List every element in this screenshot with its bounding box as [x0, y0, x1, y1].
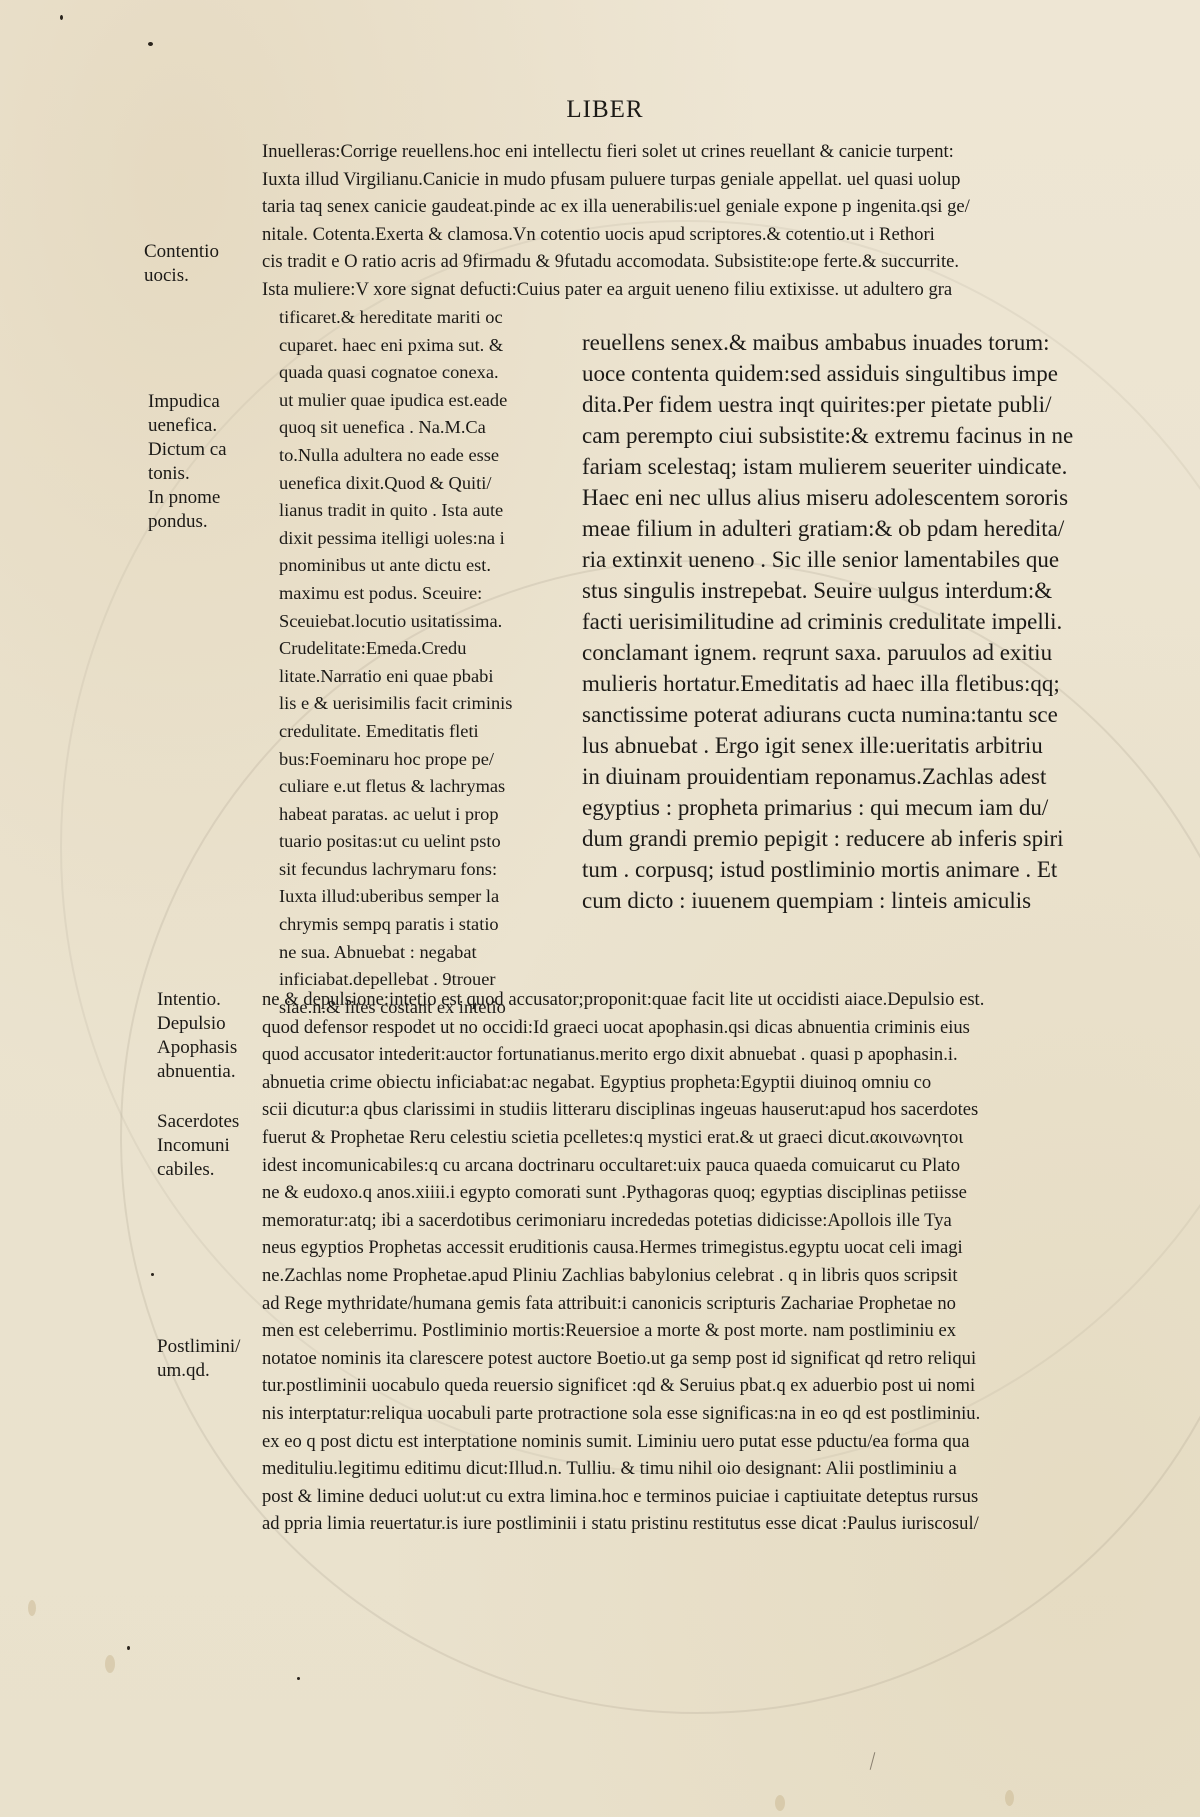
text-line: reuellens senex.& maibus ambabus inuades… — [582, 327, 1182, 358]
text-line: Inuelleras:Corrige reuellens.hoc eni int… — [262, 138, 1172, 166]
text-line: stus singulis instrepebat. Seuire uulgus… — [582, 575, 1182, 606]
commentary-top-block: Inuelleras:Corrige reuellens.hoc eni int… — [262, 138, 1172, 304]
ink-speck — [148, 42, 153, 46]
text-line: fuerut & Prophetae Reru celestiu scietia… — [262, 1124, 1172, 1152]
ink-speck — [297, 1677, 300, 1680]
marginal-gloss-impudica: Impudica uenefica. Dictum ca tonis. In p… — [148, 390, 227, 534]
gloss-line: Postlimini/ — [157, 1335, 240, 1359]
gloss-line: pondus. — [148, 510, 227, 534]
text-line: ne.Zachlas nome Prophetae.apud Pliniu Za… — [262, 1262, 1172, 1290]
text-line: cis tradit e O ratio acris ad 9firmadu &… — [262, 248, 1172, 276]
text-line: fariam scelestaq; istam mulierem seuerit… — [582, 451, 1182, 482]
text-line: quada quasi cognatoe conexa. — [279, 359, 559, 387]
gloss-line: uocis. — [144, 264, 219, 288]
foxing-stain — [1005, 1790, 1014, 1806]
text-line: medituliu.legitimu editimu dicut:Illud.n… — [262, 1455, 1172, 1483]
marginal-gloss-contentio: Contentio uocis. — [144, 240, 219, 288]
text-line: mulieris hortatur.Emeditatis ad haec ill… — [582, 668, 1182, 699]
ink-speck — [60, 15, 63, 20]
marginal-gloss-intentio: Intentio. Depulsio Apophasis abnuentia. — [157, 988, 237, 1084]
text-line: ria extinxit ueneno . Sic ille senior la… — [582, 544, 1182, 575]
text-line: lis e & uerisimilis facit criminis — [279, 690, 559, 718]
text-line: habeat paratas. ac uelut i prop — [279, 801, 559, 829]
text-line: quoq sit uenefica . Na.M.Ca — [279, 414, 559, 442]
text-line: egyptius : propheta primarius : qui mecu… — [582, 792, 1182, 823]
ink-speck — [151, 1273, 154, 1276]
text-line: uenefica dixit.Quod & Quiti/ — [279, 470, 559, 498]
ink-speck — [127, 1646, 130, 1650]
text-line: tificaret.& hereditate mariti oc — [279, 304, 559, 332]
text-line: conclamant ignem. reqrunt saxa. paruulos… — [582, 637, 1182, 668]
page-background: LIBER Inuelleras:Corrige reuellens.hoc e… — [0, 0, 1200, 1817]
foxing-stain — [775, 1795, 785, 1811]
text-line: quod accusator intederit:auctor fortunat… — [262, 1041, 1172, 1069]
running-head-title: LIBER — [566, 96, 643, 123]
text-line: lianus tradit in quito . Ista aute — [279, 497, 559, 525]
text-line: quod defensor respodet ut no occidi:Id g… — [262, 1014, 1172, 1042]
text-line: Iuxta illud Virgilianu.Canicie in mudo p… — [262, 166, 1172, 194]
text-line: Ista muliere:V xore signat defucti:Cuius… — [262, 276, 1172, 304]
gloss-line: abnuentia. — [157, 1060, 237, 1084]
gloss-line: um.qd. — [157, 1359, 240, 1383]
text-line: maximu est podus. Sceuire: — [279, 580, 559, 608]
text-line: nis interptatur:reliqua uocabuli parte p… — [262, 1400, 1172, 1428]
text-line: abnuetia crime obiectu inficiabat:ac neg… — [262, 1069, 1172, 1097]
gloss-line: Sacerdotes — [157, 1110, 239, 1134]
text-line: Haec eni nec ullus alius miseru adolesce… — [582, 482, 1182, 513]
text-line: neus egyptios Prophetas accessit eruditi… — [262, 1234, 1172, 1262]
gloss-line: In pnome — [148, 486, 227, 510]
text-line: culiare e.ut fletus & lachrymas — [279, 773, 559, 801]
foxing-stain — [105, 1655, 115, 1673]
gloss-line: Contentio — [144, 240, 219, 264]
gloss-line: Dictum ca — [148, 438, 227, 462]
text-line: idest incomunicabiles:q cu arcana doctri… — [262, 1152, 1172, 1180]
text-line: ne & depulsione:intetio est quod accusat… — [262, 986, 1172, 1014]
text-line: tur.postliminii uocabulo queda reuersio … — [262, 1372, 1172, 1400]
text-line: pnominibus ut ante dictu est. — [279, 552, 559, 580]
text-line: ex eo q post dictu est interptatione nom… — [262, 1428, 1172, 1456]
text-line: lus abnuebat . Ergo igit senex ille:ueri… — [582, 730, 1182, 761]
text-line: notatoe nominis ita clarescere potest au… — [262, 1345, 1172, 1373]
foxing-stain — [28, 1600, 36, 1616]
gloss-line: Intentio. — [157, 988, 237, 1012]
gloss-line: tonis. — [148, 462, 227, 486]
text-line: Sceuiebat.locutio usitatissima. — [279, 608, 559, 636]
gloss-line: Depulsio — [157, 1012, 237, 1036]
text-line: meae filium in adulteri gratiam:& ob pda… — [582, 513, 1182, 544]
text-line: sanctissime poterat adiurans cucta numin… — [582, 699, 1182, 730]
commentary-bottom-block: ne & depulsione:intetio est quod accusat… — [262, 986, 1172, 1538]
text-line: Iuxta illud:uberibus semper la — [279, 883, 559, 911]
text-line: cum dicto : iuuenem quempiam : linteis a… — [582, 885, 1182, 916]
text-line: ad ppria limia reuertatur.is iure postli… — [262, 1510, 1172, 1538]
gloss-line: uenefica. — [148, 414, 227, 438]
marginal-gloss-postlimini: Postlimini/ um.qd. — [157, 1335, 240, 1383]
text-line: Crudelitate:Emeda.Credu — [279, 635, 559, 663]
text-line: in diuinam prouidentiam reponamus.Zachla… — [582, 761, 1182, 792]
main-text-column: reuellens senex.& maibus ambabus inuades… — [582, 327, 1182, 916]
text-line: uoce contenta quidem:sed assiduis singul… — [582, 358, 1182, 389]
text-line: sit fecundus lachrymaru fons: — [279, 856, 559, 884]
text-line: ut mulier quae ipudica est.eade — [279, 387, 559, 415]
gloss-line: Impudica — [148, 390, 227, 414]
text-line: memoratur:atq; ibi a sacerdotibus cerimo… — [262, 1207, 1172, 1235]
text-line: nitale. Cotenta.Exerta & clamosa.Vn cote… — [262, 221, 1172, 249]
text-line: ne & eudoxo.q anos.xiiii.i egypto comora… — [262, 1179, 1172, 1207]
text-line: taria taq senex canicie gaudeat.pinde ac… — [262, 193, 1172, 221]
text-line: post & limine deduci uolut:ut cu extra l… — [262, 1483, 1172, 1511]
paper-scratch — [870, 1752, 876, 1770]
gloss-line: cabiles. — [157, 1158, 239, 1182]
text-line: scii dicutur:a qbus clarissimi in studii… — [262, 1096, 1172, 1124]
text-line: ne sua. Abnuebat : negabat — [279, 939, 559, 967]
text-line: bus:Foeminaru hoc prope pe/ — [279, 746, 559, 774]
text-line: facti uerisimilitudine ad criminis credu… — [582, 606, 1182, 637]
gloss-line: Apophasis — [157, 1036, 237, 1060]
gloss-line: Incomuni — [157, 1134, 239, 1158]
text-line: tum . corpusq; istud postliminio mortis … — [582, 854, 1182, 885]
text-line: credulitate. Emeditatis fleti — [279, 718, 559, 746]
marginal-gloss-sacerdotes: Sacerdotes Incomuni cabiles. — [157, 1110, 239, 1182]
text-line: cam perempto ciui subsistite:& extremu f… — [582, 420, 1182, 451]
text-line: to.Nulla adultera no eade esse — [279, 442, 559, 470]
text-line: cuparet. haec eni pxima sut. & — [279, 332, 559, 360]
text-line: dixit pessima itelligi uoles:na i — [279, 525, 559, 553]
text-line: dum grandi premio pepigit : reducere ab … — [582, 823, 1182, 854]
text-line: men est celeberrimu. Postliminio mortis:… — [262, 1317, 1172, 1345]
text-line: litate.Narratio eni quae pbabi — [279, 663, 559, 691]
commentary-narrow-column: tificaret.& hereditate mariti oc cuparet… — [279, 304, 559, 1021]
running-head: LIBER — [0, 96, 1200, 124]
text-line: ad Rege mythridate/humana gemis fata att… — [262, 1290, 1172, 1318]
text-line: chrymis sempq paratis i statio — [279, 911, 559, 939]
text-line: tuario positas:ut cu uelint psto — [279, 828, 559, 856]
text-line: dita.Per fidem uestra inqt quirites:per … — [582, 389, 1182, 420]
